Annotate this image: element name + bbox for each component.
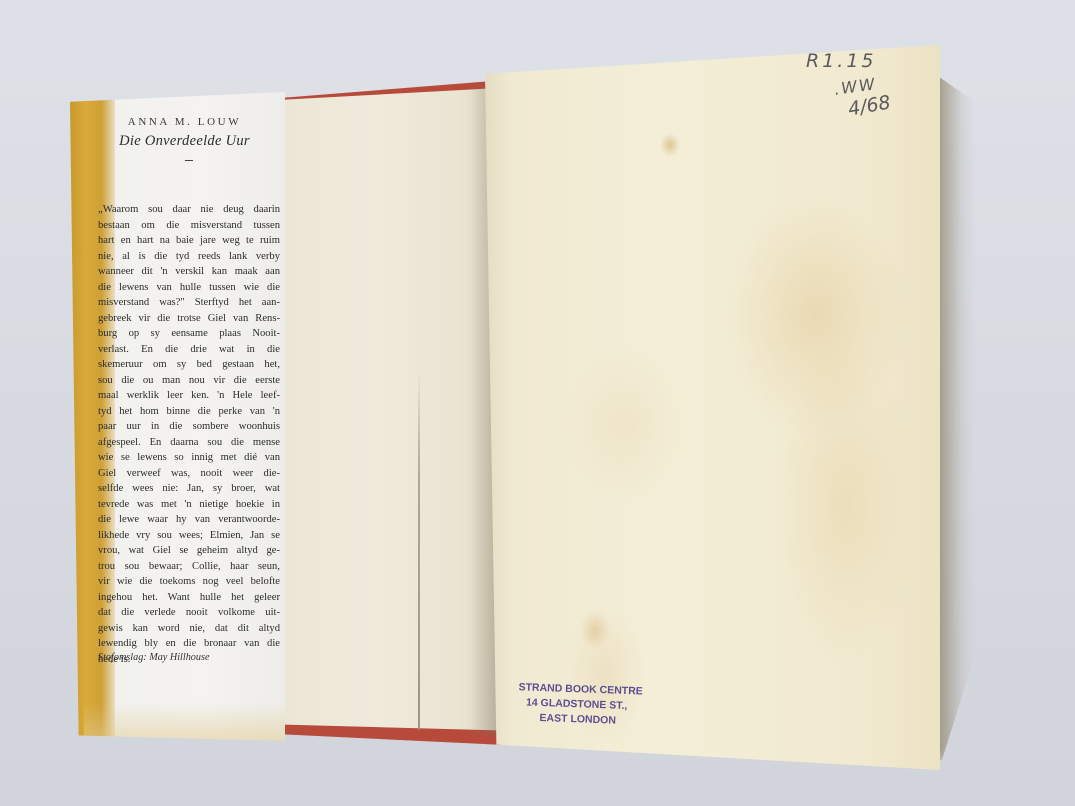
blurb-line: maal werklik leer ken. 'n Hele leef- — [98, 388, 280, 404]
blurb-line: afgespeel. En daarna sou die mense — [98, 435, 280, 451]
flap-blurb: „Waarom sou daar nie deug daarin bestaan… — [98, 202, 280, 667]
blurb-line: die lewe waar hy van verantwoorde- — [98, 512, 280, 528]
blurb-line: wanneer dit 'n verskil kan maak aan — [98, 264, 280, 280]
blurb-line: tevrede was met 'n nietige hoekie in — [98, 497, 280, 513]
blurb-line: sou die ou man nou vir die eerste — [98, 373, 280, 389]
blurb-line: tyd het hom binne die perke van 'n — [98, 404, 280, 420]
blurb-line: selfde wees nie: Jan, sy broer, wat — [98, 481, 280, 497]
dust-jacket-flap: ANNA M. LOUW Die Onverdeelde Uur „Waarom… — [70, 92, 285, 742]
blurb-line: nie, al is die tyd reeds lank verby — [98, 249, 280, 265]
blurb-line: skemeruur om sy bed gestaan het, — [98, 357, 280, 373]
blurb-line: bestaan om die misverstand tussen — [98, 218, 280, 234]
blurb-line: likhede vry sou wees; Elmien, Jan se — [98, 528, 280, 544]
flyleaf-page — [485, 45, 940, 770]
blurb-line: misverstand was?" Sterftyd het aan- — [98, 295, 280, 311]
flap-title: Die Onverdeelde Uur — [84, 133, 285, 150]
flap-author: ANNA M. LOUW — [84, 116, 285, 128]
blurb-line: wie se lewens so innig met dié van — [98, 450, 280, 466]
flap-credit: Stofomslag: May Hillhouse — [98, 652, 278, 663]
blurb-line: „Waarom sou daar nie deug daarin — [98, 202, 280, 218]
blurb-line: Giel verweef was, nooit weer die- — [98, 466, 280, 482]
pastedown-endpaper — [262, 88, 498, 733]
flap-separator — [185, 160, 193, 161]
blurb-line: die lewens van hulle tussen wie die — [98, 280, 280, 296]
blurb-line: lewendig bly en die bronaar van die — [98, 636, 280, 652]
bookseller-stamp: STRAND BOOK CENTRE 14 GLADSTONE ST., EAS… — [517, 680, 678, 731]
blurb-line: dat die verlede nooit volkome uit- — [98, 605, 280, 621]
blurb-line: vir wie die toekoms nog veel belofte — [98, 574, 280, 590]
blurb-line: ingehou het. Want hulle het geleer — [98, 590, 280, 606]
hinge-crease — [418, 370, 420, 730]
blurb-line: gebreek vir die trotse Giel van Rens- — [98, 311, 280, 327]
flap-stain — [84, 702, 285, 742]
blurb-line: vrou, wat Giel se geheim altyd ge- — [98, 543, 280, 559]
blurb-line: gewis kan word nie, dat dit altyd — [98, 621, 280, 637]
blurb-line: burg op sy eensame plaas Nooit- — [98, 326, 280, 342]
blurb-line: paar uur in die sombere woonhuis — [98, 419, 280, 435]
pencil-price-note: R1.15 — [806, 50, 877, 73]
blurb-line: trou sou bewaar; Collie, haar seun, — [98, 559, 280, 575]
blurb-line: hart en hart na baie jare weg te ruim — [98, 233, 280, 249]
blurb-line: verlast. En die drie wat in die — [98, 342, 280, 358]
pencil-price-text: R1.15 — [806, 50, 877, 72]
